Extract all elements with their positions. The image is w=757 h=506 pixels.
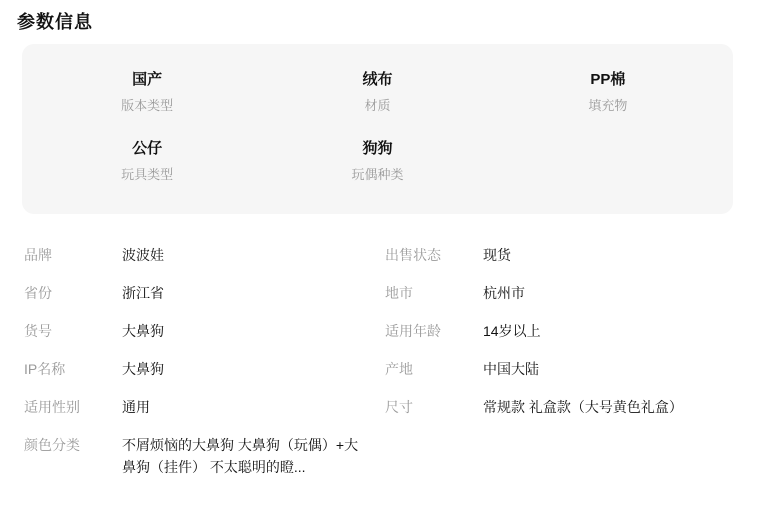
param-value: 国产 [32, 70, 262, 90]
row-value: 大鼻狗 [122, 320, 370, 342]
row-value: 浙江省 [122, 282, 370, 304]
row-label: IP名称 [24, 358, 122, 380]
param-row-origin: 产地 中国大陆 [385, 358, 733, 380]
row-value: 波波娃 [122, 244, 370, 266]
param-row-age-range: 适用年龄 14岁以上 [385, 320, 733, 342]
row-value: 中国大陆 [483, 358, 733, 380]
param-row-sale-status: 出售状态 现货 [385, 244, 733, 266]
row-label: 货号 [24, 320, 122, 342]
param-row-gender: 适用性别 通用 [24, 396, 385, 418]
param-list-left-column: 品牌 波波娃 省份 浙江省 货号 大鼻狗 IP名称 大鼻狗 适用性别 通用 颜色… [24, 244, 385, 494]
param-label: 版本类型 [32, 97, 262, 115]
param-list: 品牌 波波娃 省份 浙江省 货号 大鼻狗 IP名称 大鼻狗 适用性别 通用 颜色… [24, 244, 733, 494]
row-value: 14岁以上 [483, 320, 733, 342]
row-label: 品牌 [24, 244, 122, 266]
param-value: 狗狗 [262, 139, 492, 159]
section-title: 参数信息 [17, 8, 93, 34]
row-label: 省份 [24, 282, 122, 304]
param-value: PP棉 [493, 70, 723, 90]
param-row-ip-name: IP名称 大鼻狗 [24, 358, 385, 380]
highlight-params-grid: 国产 版本类型 绒布 材质 PP棉 填充物 公仔 玩具类型 狗狗 玩偶种类 [32, 70, 723, 184]
row-label: 地市 [385, 282, 483, 304]
param-row-city: 地市 杭州市 [385, 282, 733, 304]
row-value: 大鼻狗 [122, 358, 370, 380]
param-label: 填充物 [493, 97, 723, 115]
parameter-info-page: 参数信息 国产 版本类型 绒布 材质 PP棉 填充物 公仔 玩具类型 狗狗 玩偶… [0, 0, 757, 506]
param-label: 材质 [262, 97, 492, 115]
row-value: 现货 [483, 244, 733, 266]
param-row-item-number: 货号 大鼻狗 [24, 320, 385, 342]
param-row-size: 尺寸 常规款 礼盒款（大号黄色礼盒） [385, 396, 733, 418]
row-value: 杭州市 [483, 282, 733, 304]
row-value: 常规款 礼盒款（大号黄色礼盒） [483, 396, 733, 418]
param-value: 绒布 [262, 70, 492, 90]
highlight-param-material: 绒布 材质 [262, 70, 492, 115]
param-row-brand: 品牌 波波娃 [24, 244, 385, 266]
row-value: 通用 [122, 396, 370, 418]
highlight-param-doll-kind: 狗狗 玩偶种类 [262, 139, 492, 184]
row-label: 产地 [385, 358, 483, 380]
highlight-param-toy-type: 公仔 玩具类型 [32, 139, 262, 184]
param-row-province: 省份 浙江省 [24, 282, 385, 304]
row-value: 不屑烦恼的大鼻狗 大鼻狗（玩偶）+大鼻狗（挂件） 不太聪明的瞪... [122, 434, 370, 478]
row-label: 适用性别 [24, 396, 122, 418]
param-label: 玩具类型 [32, 166, 262, 184]
param-list-right-column: 出售状态 现货 地市 杭州市 适用年龄 14岁以上 产地 中国大陆 尺寸 常规款… [385, 244, 733, 494]
highlight-param-empty-cell [493, 139, 723, 184]
row-label: 出售状态 [385, 244, 483, 266]
row-label: 尺寸 [385, 396, 483, 418]
param-value: 公仔 [32, 139, 262, 159]
row-label: 颜色分类 [24, 434, 122, 456]
highlight-params-card: 国产 版本类型 绒布 材质 PP棉 填充物 公仔 玩具类型 狗狗 玩偶种类 [22, 44, 733, 214]
param-row-color-category: 颜色分类 不屑烦恼的大鼻狗 大鼻狗（玩偶）+大鼻狗（挂件） 不太聪明的瞪... [24, 434, 385, 478]
row-label: 适用年龄 [385, 320, 483, 342]
highlight-param-filling: PP棉 填充物 [493, 70, 723, 115]
highlight-param-version-type: 国产 版本类型 [32, 70, 262, 115]
param-label: 玩偶种类 [262, 166, 492, 184]
